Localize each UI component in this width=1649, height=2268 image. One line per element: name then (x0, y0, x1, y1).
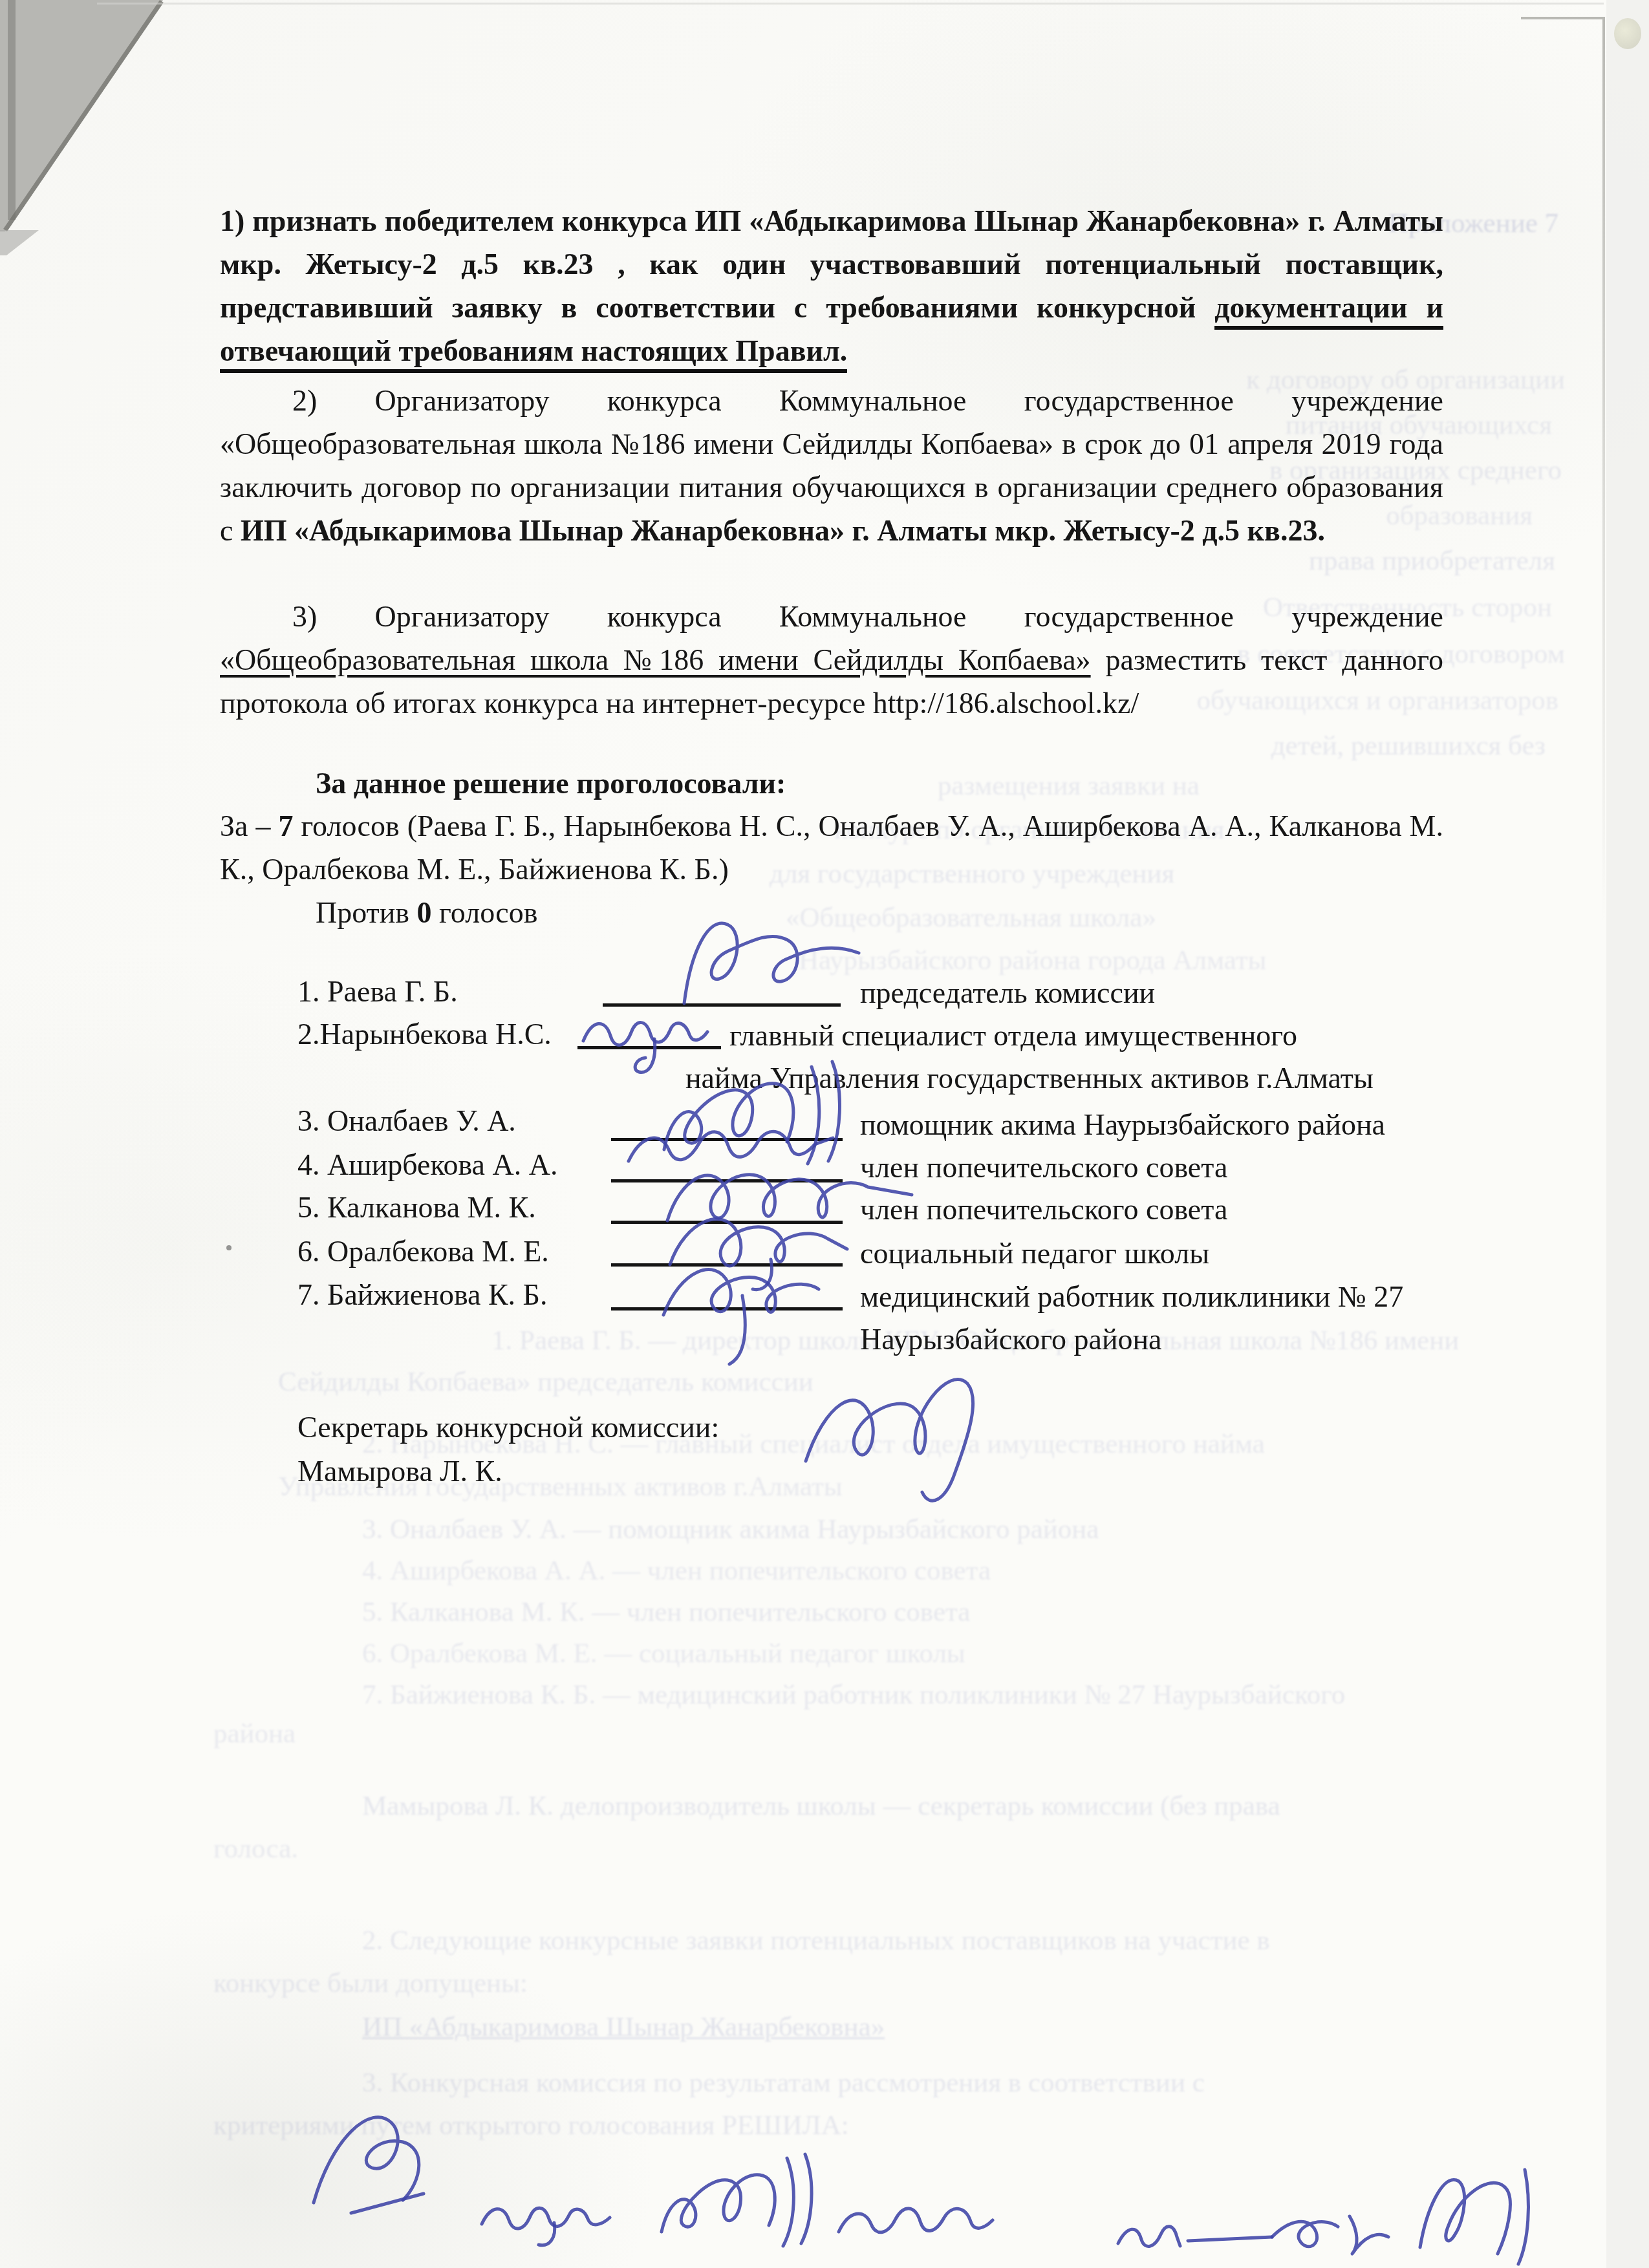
ghost-text-line: 3. Оналбаев У. А. — помощник акима Науры… (362, 1512, 1099, 1548)
signature-bottom-3 (650, 2148, 844, 2254)
votes-against-line: Против 0 голосов (316, 891, 537, 934)
signature-bottom-2 (475, 2193, 630, 2250)
staple-mark (1614, 18, 1641, 49)
commission-member-name: 3. Оналбаев У. А. (297, 1103, 516, 1139)
paragraph-text: 3) Организатору конкурса Коммунальное го… (292, 600, 1443, 633)
scan-top-edge (97, 3, 1604, 5)
ghost-text-line: 7. Байжиенова К. Б. — медицинский работн… (362, 1677, 1345, 1713)
commission-member-name: 5. Калканова М. К. (297, 1190, 536, 1226)
commission-member-name: 1. Раева Г. Б. (297, 974, 458, 1010)
signature-raeva (673, 906, 879, 1007)
secretary-name: Мамырова Л. К. (297, 1453, 502, 1490)
signature-mamyrova (788, 1346, 995, 1515)
votes-against-suffix: голосов (432, 896, 538, 929)
paragraph-contract-order: 2) Организатору конкурса Коммунальное го… (220, 379, 1443, 552)
ghost-text-line: 3. Конкурсная комиссия по результатам ра… (362, 2065, 1205, 2101)
scanned-document-page: Приложение 7 к договору об организации п… (0, 0, 1649, 2268)
commission-member-role: помощник акима Наурызбайского района (860, 1107, 1385, 1143)
ghost-text-line: ИП «Абдыкаримова Шынар Жанарбековна» (362, 2009, 885, 2046)
signature-bottom-5 (1109, 2199, 1400, 2261)
secretary-label: Секретарь конкурсной комиссии: (297, 1409, 719, 1446)
signature-bottom-6 (1405, 2158, 1557, 2267)
ghost-text-line: 2. Следующие конкурсные заявки потенциал… (362, 1923, 1270, 1959)
votes-for-names: голосов (Раева Г. Б., Нарынбекова Н. С.,… (220, 809, 1443, 886)
ghost-text-line: Мамырова Л. К. делопроизводитель школы —… (362, 1788, 1280, 1824)
voting-heading: За данное решение проголосовали: (316, 762, 786, 805)
commission-member-role: председатель комиссии (860, 975, 1155, 1011)
commission-member-name: 7. Байжиенова К. Б. (297, 1277, 548, 1313)
signature-bottom-4 (831, 2196, 1012, 2251)
paragraph-publish-order: 3) Организатору конкурса Коммунальное го… (220, 595, 1443, 725)
signature-bottom-1 (294, 2098, 443, 2227)
scan-right-strip (1606, 0, 1649, 2268)
ghost-text-line: района (213, 1716, 296, 1752)
paper-corner-line-h (1521, 17, 1605, 19)
ghost-text-line: 6. Оралбекова М. Е. — социальный педагог… (362, 1636, 965, 1672)
paragraph-winner-decision: 1) признать победителем конкурса ИП «Абд… (220, 199, 1443, 372)
votes-against-count: 0 (417, 896, 432, 929)
votes-for-line: За – 7 голосов (Раева Г. Б., Нарынбекова… (220, 804, 1443, 891)
winner-name-bold: ИП «Абдыкаримова Шынар Жанарбековна» г. … (241, 514, 1325, 547)
ghost-text-line: голоса. (213, 1831, 298, 1867)
commission-member-name: 6. Оралбекова М. Е. (297, 1234, 549, 1270)
ghost-text-line: 4. Аширбекова А. А. — член попечительско… (362, 1553, 991, 1589)
votes-for-count: 7 (278, 809, 293, 842)
ghost-text-line: детей, решившихся без (1271, 728, 1546, 764)
votes-for-label: За – (220, 809, 278, 842)
commission-member-name: 4. Аширбекова А. А. (297, 1147, 557, 1183)
commission-member-name: 2.Нарынбекова Н.С. (297, 1016, 552, 1053)
commission-member-role: медицинский работник поликлиники № 27 (860, 1279, 1403, 1315)
ghost-text-line: размещения заявки на (938, 768, 1200, 804)
ghost-text-line: Сейдилды Копбаева» председатель комиссии (278, 1364, 814, 1400)
ink-speck (226, 1245, 232, 1250)
page-corner-fold (0, 0, 181, 259)
underlined-school-name: «Общеобразовательная школа №186 имени Се… (220, 643, 1091, 676)
paper-corner-line-v (1602, 17, 1605, 922)
ghost-text-line: конкурсе были допущены: (213, 1965, 528, 2002)
ghost-text-line: 5. Калканова М. К. — член попечительског… (362, 1594, 970, 1631)
votes-against-label: Против (316, 896, 417, 929)
commission-member-role: главный специалист отдела имущественного (729, 1018, 1297, 1054)
